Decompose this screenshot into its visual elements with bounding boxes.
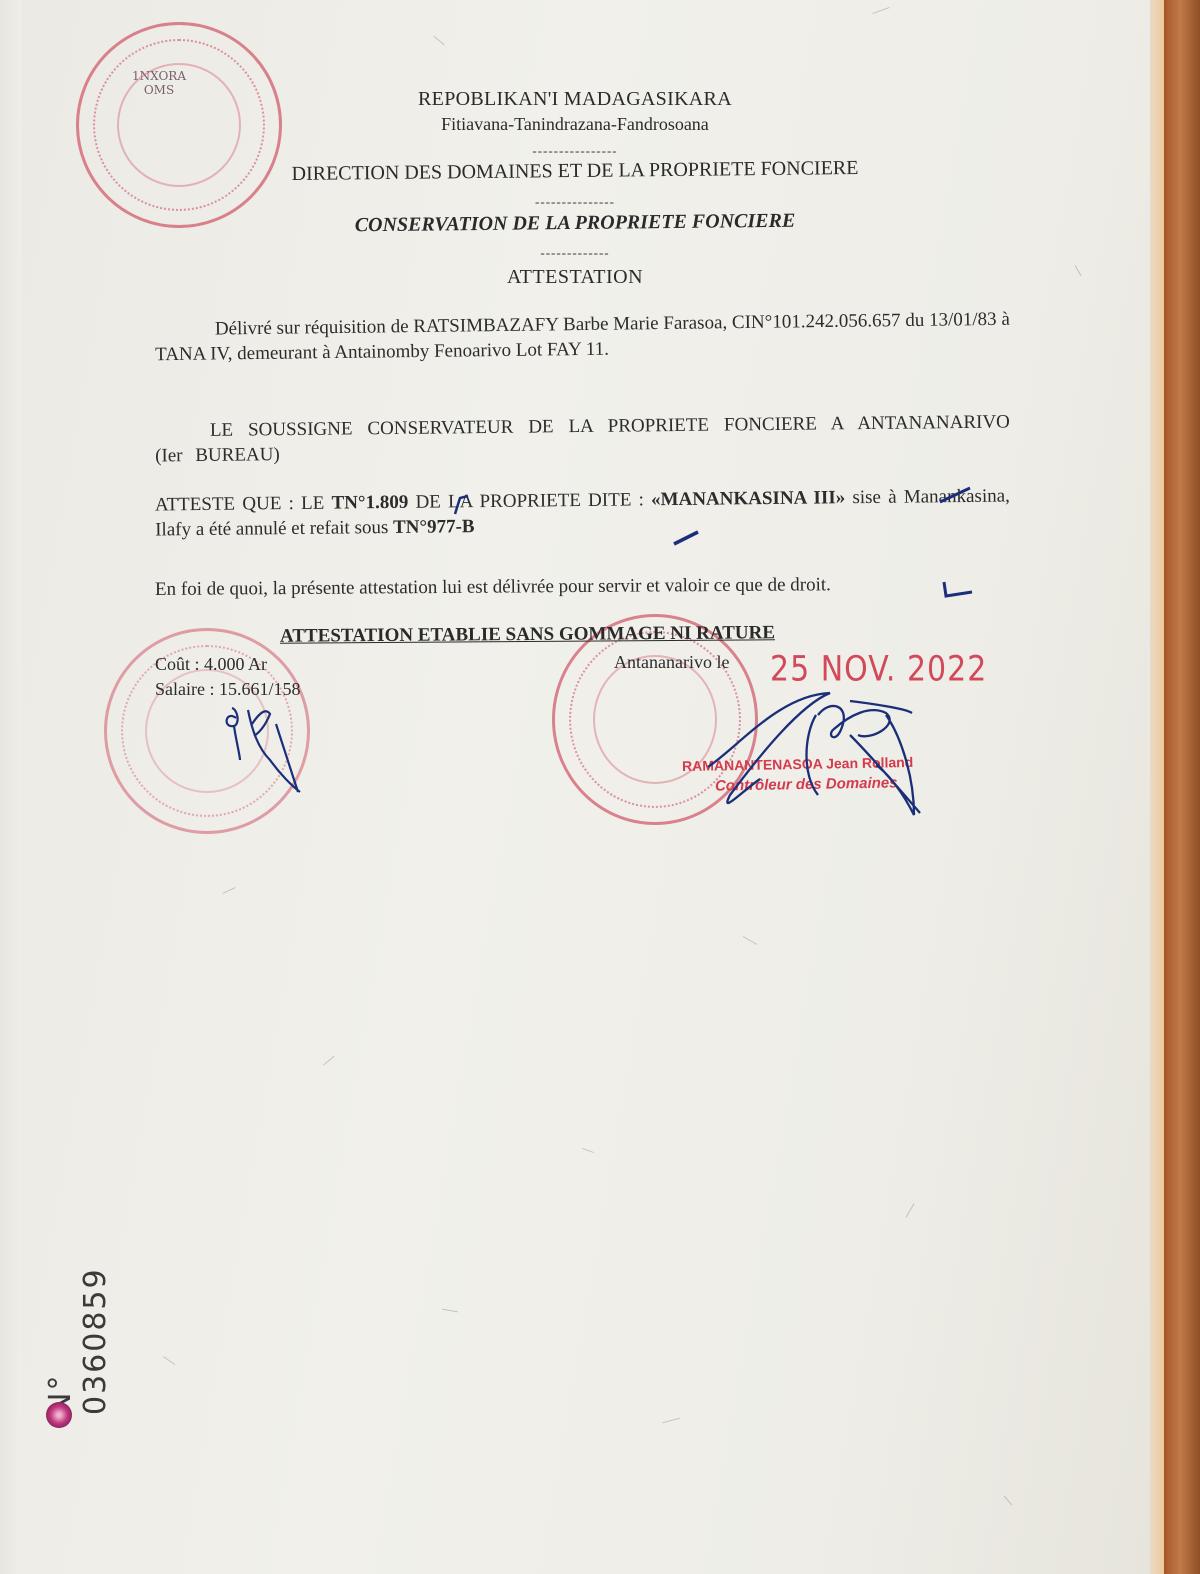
checkmark-icon [940, 578, 976, 600]
handwritten-signature [700, 675, 940, 825]
property-name: «MANANKASINA III» [651, 487, 845, 510]
national-motto: Fitiavana-Tanindrazana-Fandrosoana [0, 114, 1150, 135]
requisition-paragraph: Délivré sur réquisition de RATSIMBAZAFY … [155, 307, 1011, 367]
no-erasure-notice: ATTESTATION ETABLIE SANS GOMMAGE NI RATU… [280, 622, 775, 647]
initials-signature [218, 700, 308, 800]
checkmark-icon [938, 484, 974, 506]
checkmark-icon [452, 494, 472, 516]
serial-number: N° 0360859 [38, 1200, 88, 1400]
signatory-statement: LE SOUSSIGNE CONSERVATEUR DE LA PROPRIET… [155, 410, 1010, 469]
cost-field: Coût : 4.000 Ar [155, 654, 267, 675]
place-label: Antananarivo le [614, 652, 729, 673]
attestation-paragraph: ATTESTE QUE : LE TN°1.809 DE LA PROPRIET… [155, 484, 1010, 543]
country-name: REPOBLIKAN'I MADAGASIKARA [0, 88, 1150, 111]
separator: ------------- [0, 245, 1150, 261]
paper-edge [1150, 0, 1164, 1574]
new-title-number: TN°977-B [393, 516, 475, 538]
old-title-number: TN°1.809 [331, 492, 408, 514]
salary-field: Salaire : 15.661/158 [155, 679, 300, 700]
requester-name: RATSIMBAZAFY Barbe Marie Farasoa, [413, 312, 727, 337]
checkmark-icon [672, 528, 702, 548]
document-type: ATTESTATION [0, 266, 1150, 289]
rosette-icon [46, 1402, 72, 1428]
